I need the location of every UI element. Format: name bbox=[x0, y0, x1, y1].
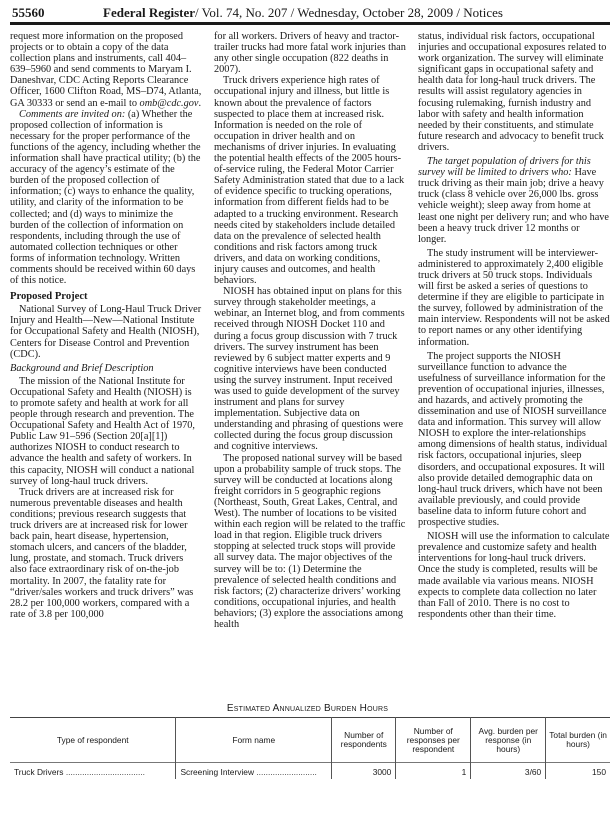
paragraph-lead: The target population of drivers for thi… bbox=[418, 156, 591, 178]
punctuation: . bbox=[198, 98, 201, 109]
cell-responses: 1 bbox=[396, 763, 471, 780]
paragraph: The mission of the National Institute fo… bbox=[10, 376, 202, 487]
paragraph-text: (a) Whether the proposed collection of i… bbox=[10, 109, 201, 286]
page-header: 55560 Federal Register/ Vol. 74, No. 207… bbox=[10, 4, 610, 24]
paragraph: Comments are invited on: (a) Whether the… bbox=[10, 109, 202, 287]
table-title: Estimated Annualized Burden Hours bbox=[0, 703, 615, 714]
paragraph: Truck drivers are at increased risk for … bbox=[10, 487, 202, 620]
section-heading-proposed-project: Proposed Project bbox=[10, 291, 202, 302]
burden-table-wrapper: Type of respondent Form name Number of r… bbox=[10, 717, 610, 779]
cell-respondents: 3000 bbox=[332, 763, 396, 780]
cell-type: Truck Drivers ..........................… bbox=[10, 763, 176, 780]
cell-form: Screening Interview ....................… bbox=[176, 763, 332, 780]
paragraph: The target population of drivers for thi… bbox=[418, 156, 610, 245]
dot-leader: .................................. bbox=[66, 767, 145, 777]
federal-register-page: 55560 Federal Register/ Vol. 74, No. 207… bbox=[0, 0, 615, 813]
column-header-respondents: Number of respondents bbox=[332, 718, 396, 763]
section-heading-background: Background and Brief Description bbox=[10, 363, 202, 374]
burden-hours-table: Type of respondent Form name Number of r… bbox=[10, 717, 610, 779]
column-header-form: Form name bbox=[176, 718, 332, 763]
paragraph: NIOSH has obtained input on plans for th… bbox=[214, 286, 406, 452]
header-rule bbox=[10, 22, 610, 25]
cell-total-burden: 150 bbox=[546, 763, 610, 780]
body-columns: request more information on the proposed… bbox=[10, 31, 610, 696]
table-header-row: Type of respondent Form name Number of r… bbox=[10, 718, 610, 763]
column-header-type: Type of respondent bbox=[10, 718, 176, 763]
email-link[interactable]: omb@cdc.gov bbox=[140, 98, 199, 109]
paragraph: Truck drivers experience high rates of o… bbox=[214, 75, 406, 286]
cell-avg-burden: 3/60 bbox=[471, 763, 546, 780]
column-1: request more information on the proposed… bbox=[10, 31, 202, 696]
paragraph: The proposed national survey will be bas… bbox=[214, 453, 406, 631]
column-header-avg-burden: Avg. burden per response (in hours) bbox=[471, 718, 546, 763]
column-2: for all workers. Drivers of heavy and tr… bbox=[214, 31, 406, 696]
dot-leader: .......................... bbox=[256, 767, 317, 777]
paragraph: NIOSH will use the information to calcul… bbox=[418, 531, 610, 620]
paragraph: for all workers. Drivers of heavy and tr… bbox=[214, 31, 406, 75]
column-3: status, individual risk factors, occupat… bbox=[418, 31, 610, 696]
page-number: 55560 bbox=[12, 5, 45, 21]
cell-text: Truck Drivers bbox=[14, 767, 63, 777]
paragraph-lead: Comments are invited on: bbox=[19, 109, 125, 120]
column-header-total-burden: Total burden (in hours) bbox=[546, 718, 610, 763]
cell-text: Screening Interview bbox=[180, 767, 254, 777]
publication-name: Federal Register bbox=[103, 5, 195, 20]
paragraph-text: Have truck driving as their main job; dr… bbox=[418, 167, 609, 245]
paragraph: National Survey of Long-Haul Truck Drive… bbox=[10, 304, 202, 359]
paragraph: status, individual risk factors, occupat… bbox=[418, 31, 610, 153]
paragraph: request more information on the proposed… bbox=[10, 31, 202, 109]
table-row: Truck Drivers ..........................… bbox=[10, 763, 610, 780]
paragraph: The project supports the NIOSH surveilla… bbox=[418, 351, 610, 529]
running-head: Federal Register/ Vol. 74, No. 207 / Wed… bbox=[103, 5, 503, 21]
column-header-responses: Number of responses per respondent bbox=[396, 718, 471, 763]
paragraph: The study instrument will be interviewer… bbox=[418, 248, 610, 348]
volume-issue-date: / Vol. 74, No. 207 / Wednesday, October … bbox=[195, 5, 503, 20]
